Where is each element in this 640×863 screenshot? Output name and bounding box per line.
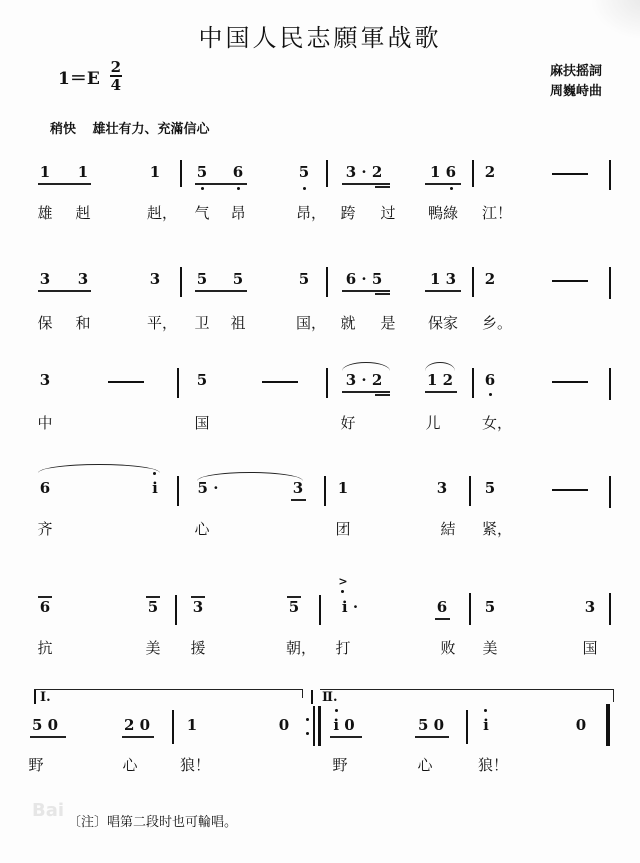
barline xyxy=(469,593,471,625)
low-octave-dot xyxy=(450,187,453,190)
note: 6 xyxy=(233,163,243,181)
repeat-barline-thick xyxy=(318,706,321,746)
underline xyxy=(425,391,457,393)
high-octave-dot xyxy=(484,709,487,712)
note: i xyxy=(152,479,158,497)
note: 5 xyxy=(299,163,309,181)
lyric: 美 xyxy=(482,637,497,658)
barline xyxy=(609,593,611,625)
note: 5 0 xyxy=(32,716,58,734)
time-sig-top: 2 xyxy=(111,60,121,74)
note: 1 xyxy=(78,163,88,181)
lyric: 儿 xyxy=(425,412,440,433)
underline xyxy=(375,293,390,295)
note: 5 xyxy=(289,598,299,616)
note: 1 xyxy=(150,163,160,181)
note: i xyxy=(483,716,489,734)
barline xyxy=(326,160,328,187)
barline xyxy=(175,595,177,625)
lyric: 美 xyxy=(145,637,160,658)
lyric: 鴨綠 xyxy=(428,202,458,223)
note: i · xyxy=(342,598,358,616)
repeat-barline xyxy=(313,706,315,746)
underline xyxy=(30,736,66,738)
slur xyxy=(342,362,390,371)
song-title: 中国人民志願軍战歌 xyxy=(0,18,640,53)
lyric: 女， xyxy=(482,412,512,433)
underline xyxy=(342,183,390,185)
sustain-dash xyxy=(552,489,588,491)
lyric: 国， xyxy=(296,312,326,333)
note: 1 3 xyxy=(430,270,456,288)
underline xyxy=(375,394,390,396)
barline xyxy=(609,267,611,299)
time-sig-bottom: 4 xyxy=(111,78,121,92)
lyric: 国 xyxy=(582,637,597,658)
note: 5 xyxy=(148,598,158,616)
note: 0 xyxy=(576,716,586,734)
sustain-dash xyxy=(552,173,588,175)
underline xyxy=(425,290,461,292)
note: 3 xyxy=(78,270,88,288)
underline xyxy=(195,290,247,292)
lyric: 保家 xyxy=(428,312,458,333)
lyric: 打 xyxy=(335,637,350,658)
barline xyxy=(466,710,468,744)
lyric: 好 xyxy=(340,412,355,433)
key-label: 1＝E xyxy=(58,64,100,89)
note: 6 xyxy=(437,598,447,616)
note: 1 6 xyxy=(430,163,456,181)
lyric: 团 xyxy=(335,518,350,539)
lyric: 結 xyxy=(440,518,455,539)
note: 2 0 xyxy=(124,716,150,734)
underline xyxy=(38,183,91,185)
note: 1 2 xyxy=(427,371,453,389)
underline xyxy=(38,290,91,292)
low-octave-dot xyxy=(237,187,240,190)
credits: 麻扶摇詞 周巍峙曲 xyxy=(550,62,602,102)
note: i 0 xyxy=(333,716,354,734)
low-octave-dot xyxy=(489,393,492,396)
slur xyxy=(425,362,455,371)
lyric: 雄 xyxy=(37,202,52,223)
lyric: 中 xyxy=(37,412,52,433)
lyric: 朝， xyxy=(286,637,316,658)
lyric: 卫 xyxy=(194,312,209,333)
volta-1-label: I. xyxy=(40,690,51,705)
lyric: 就 xyxy=(340,312,355,333)
underline xyxy=(415,736,449,738)
lyric: 狼！ xyxy=(180,754,210,775)
barline xyxy=(324,476,326,506)
lyric: 是 xyxy=(380,312,395,333)
note: 5 xyxy=(299,270,309,288)
lyricist: 麻扶摇詞 xyxy=(550,62,602,82)
underline xyxy=(425,183,461,185)
note: 5 · xyxy=(198,479,219,497)
lyric: 气 xyxy=(194,202,209,223)
lyric: 保 xyxy=(37,312,52,333)
note: 3 · 2 xyxy=(346,371,383,389)
note: 3 · 2 xyxy=(346,163,383,181)
note: 5 xyxy=(485,479,495,497)
note: 3 xyxy=(193,598,203,616)
note: 6 xyxy=(40,598,50,616)
key-signature: 1＝E 2 4 xyxy=(58,60,122,92)
low-octave-dot xyxy=(201,187,204,190)
note: 1 xyxy=(187,716,197,734)
note: 5 xyxy=(485,598,495,616)
underline xyxy=(375,186,390,188)
lyric: 援 xyxy=(190,637,205,658)
underline xyxy=(435,618,450,620)
barline xyxy=(180,267,182,297)
note: 3 xyxy=(40,270,50,288)
sustain-dash xyxy=(262,381,298,383)
underline xyxy=(342,290,390,292)
repeat-dot xyxy=(306,718,309,721)
note: 5 0 xyxy=(418,716,444,734)
lyric: 败 xyxy=(440,637,455,658)
barline xyxy=(472,267,474,297)
barline xyxy=(326,267,328,297)
volta-bracket-1 xyxy=(34,689,303,698)
lyric: 抗 xyxy=(37,637,52,658)
lyric: 乡。 xyxy=(482,312,512,333)
time-signature: 2 4 xyxy=(110,60,122,92)
final-barline xyxy=(606,704,610,746)
note: 2 xyxy=(485,163,495,181)
volta-2-label: Ⅱ. xyxy=(322,690,337,705)
underline xyxy=(291,499,306,501)
barline xyxy=(609,476,611,508)
lyric: 齐 xyxy=(37,518,52,539)
note: 6 · 5 xyxy=(346,270,383,288)
slur xyxy=(38,464,160,473)
note: 6 xyxy=(40,479,50,497)
note: 2 xyxy=(485,270,495,288)
high-octave-dot xyxy=(153,472,156,475)
note: 1 xyxy=(338,479,348,497)
note: 5 xyxy=(233,270,243,288)
tempo-label: 稍快 xyxy=(50,122,76,137)
lyric: 心 xyxy=(122,754,137,775)
barline xyxy=(319,595,321,625)
barline xyxy=(472,368,474,398)
note: 5 xyxy=(197,270,207,288)
high-octave-dot xyxy=(335,709,338,712)
lyric: 野 xyxy=(28,754,43,775)
lyric: 国 xyxy=(194,412,209,433)
volta-line xyxy=(34,690,36,704)
volta-line xyxy=(311,690,313,704)
lyric: 野 xyxy=(332,754,347,775)
repeat-dot xyxy=(306,732,309,735)
underline xyxy=(342,391,390,393)
note: 3 xyxy=(40,371,50,389)
note: 3 xyxy=(293,479,303,497)
high-octave-dot xyxy=(341,590,344,593)
lyric: 昂， xyxy=(296,202,326,223)
accent-mark: > xyxy=(338,575,347,588)
underline xyxy=(122,736,154,738)
lyric: 平， xyxy=(147,312,177,333)
volta-bracket-2 xyxy=(320,689,614,702)
lyric: 心 xyxy=(417,754,432,775)
lyric: 赳， xyxy=(147,202,177,223)
lyric: 跨 xyxy=(340,202,355,223)
barline xyxy=(177,476,179,506)
lyric: 赳 xyxy=(75,202,90,223)
barline xyxy=(469,476,471,506)
note: 5 xyxy=(197,371,207,389)
expression-label: 雄壮有力、充滿信心 xyxy=(93,122,210,137)
footnote: 〔注〕唱第二段时也可輪唱。 xyxy=(68,811,237,830)
barline xyxy=(472,160,474,187)
barline xyxy=(609,160,611,190)
low-octave-dot xyxy=(303,187,306,190)
lyric: 紧， xyxy=(482,518,512,539)
barline xyxy=(609,368,611,400)
note: 0 xyxy=(279,716,289,734)
note: 3 xyxy=(150,270,160,288)
tempo-marking: 稍快 雄壮有力、充滿信心 xyxy=(50,118,210,137)
sustain-dash xyxy=(552,381,588,383)
note: 3 xyxy=(437,479,447,497)
sustain-dash xyxy=(108,381,144,383)
lyric: 和 xyxy=(75,312,90,333)
note: 1 xyxy=(40,163,50,181)
underline xyxy=(330,736,362,738)
lyric: 心 xyxy=(194,518,209,539)
barline xyxy=(326,368,328,398)
note: 3 xyxy=(585,598,595,616)
lyric: 祖 xyxy=(230,312,245,333)
barline xyxy=(177,368,179,398)
barline xyxy=(180,160,182,187)
watermark-logo: Bai xyxy=(32,800,64,821)
barline xyxy=(172,710,174,744)
lyric: 江！ xyxy=(482,202,512,223)
lyric: 过 xyxy=(380,202,395,223)
lyric: 狼！ xyxy=(478,754,508,775)
composer: 周巍峙曲 xyxy=(550,82,602,102)
underline xyxy=(195,183,247,185)
sustain-dash xyxy=(552,280,588,282)
lyric: 昂 xyxy=(230,202,245,223)
note: 6 xyxy=(485,371,495,389)
note: 5 xyxy=(197,163,207,181)
